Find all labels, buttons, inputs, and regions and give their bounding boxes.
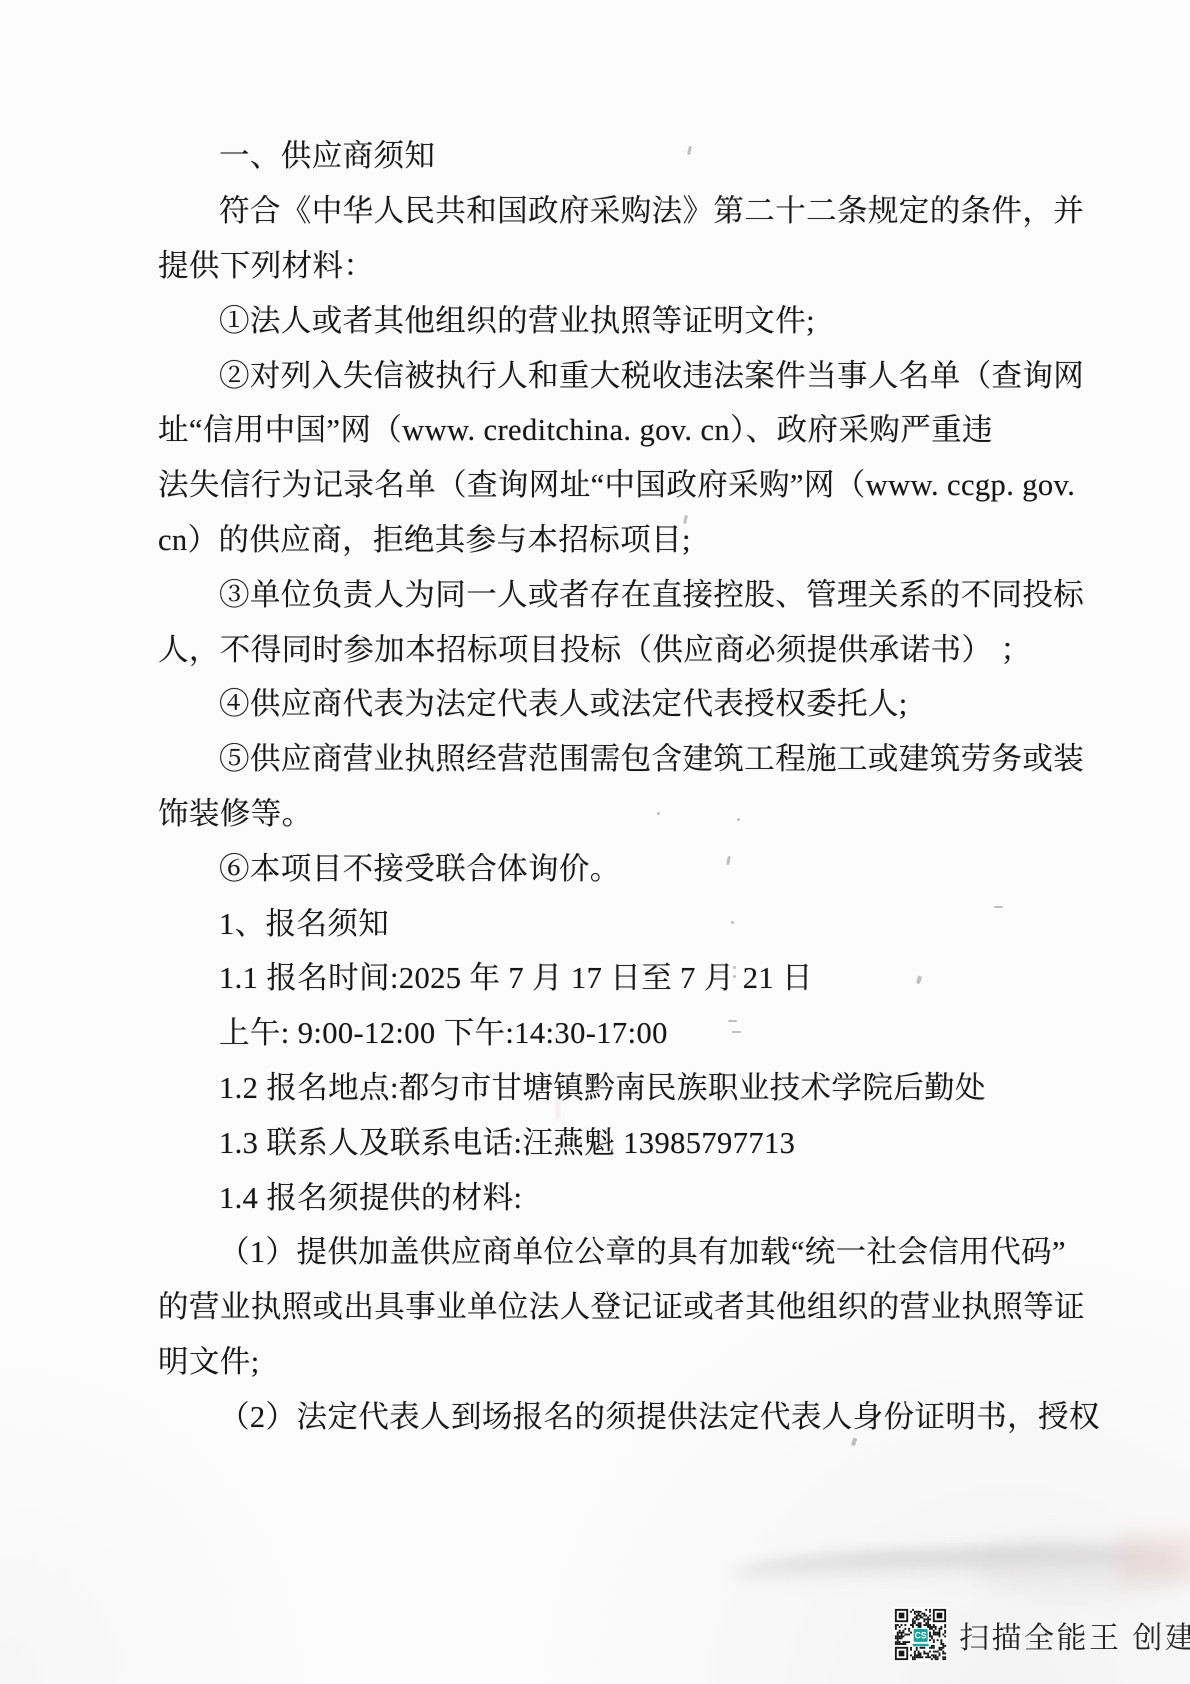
text-line: 的营业执照或出具事业单位法人登记证或者其他组织的营业执照等证 [158, 1277, 1058, 1332]
text-line: cn）的供应商，拒绝其参与本招标项目; [158, 510, 1058, 565]
text-line: ④供应商代表为法定代表人或法定代表授权委托人; [158, 674, 1058, 729]
text-line: 提供下列材料： [158, 236, 1058, 291]
subsection-heading: 1、报名须知 [158, 893, 1058, 948]
scan-artifact [733, 975, 736, 978]
text-line: 址“信用中国”网（www. creditchina. gov. cn）、政府采购… [158, 400, 1058, 455]
scan-shadow [1118, 1534, 1190, 1582]
text-line: 1.3 联系人及联系电话:汪燕魁 13985797713 [158, 1112, 1058, 1167]
text-line: ①法人或者其他组织的营业执照等证明文件; [158, 290, 1058, 345]
text-line: 1.2 报名地点:都匀市甘塘镇黔南民族职业技术学院后勤处 [158, 1058, 1058, 1113]
qr-code-icon: CS [893, 1607, 948, 1662]
text-line: ⑤供应商营业执照经营范围需包含建筑工程施工或建筑劳务或装 [158, 729, 1058, 784]
scan-artifact [737, 818, 740, 821]
scan-artifact [731, 921, 734, 924]
text-line: （2）法定代表人到场报名的须提供法定代表人身份证明书，授权 [158, 1386, 1058, 1441]
text-line: 1.4 报名须提供的材料: [158, 1167, 1058, 1222]
document-body: 一、供应商须知 符合《中华人民共和国政府采购法》第二十二条规定的条件，并 提供下… [158, 126, 1058, 1441]
watermark-label: 扫描全能王 创建 [959, 1613, 1190, 1657]
text-line: 饰装修等。 [158, 784, 1058, 839]
qr-badge-text: CS [915, 1631, 927, 1641]
text-line: 符合《中华人民共和国政府采购法》第二十二条规定的条件，并 [158, 181, 1058, 236]
text-line: 上午: 9:00-12:00 下午:14:30-17:00 [158, 1003, 1058, 1058]
text-line: 法失信行为记录名单（查询网址“中国政府采购”网（www. ccgp. gov. [158, 455, 1058, 510]
scanned-document-page: 一、供应商须知 符合《中华人民共和国政府采购法》第二十二条规定的条件，并 提供下… [0, 0, 1190, 1684]
text-line: （1）提供加盖供应商单位公章的具有加载“统一社会信用代码” [158, 1222, 1058, 1277]
text-line: ②对列入失信被执行人和重大税收违法案件当事人名单（查询网 [158, 345, 1058, 400]
text-line: ⑥本项目不接受联合体询价。 [158, 838, 1058, 893]
section-heading: 一、供应商须知 [158, 126, 1058, 181]
scan-artifact [657, 812, 660, 815]
text-line: 人，不得同时参加本招标项目投标（供应商必须提供承诺书） ； [158, 619, 1058, 674]
scan-artifact [728, 1020, 737, 1022]
scan-artifact [556, 1094, 560, 1120]
scan-artifact [851, 1438, 857, 1447]
scan-artifact [733, 966, 736, 969]
scan-artifact [994, 906, 1003, 908]
text-line: 1.1 报名时间:2025 年 7 月 17 日至 7 月 21 日 [158, 948, 1058, 1003]
text-line: ③单位负责人为同一人或者存在直接控股、管理关系的不同投标 [158, 564, 1058, 619]
camscanner-watermark: CS 扫描全能王 创建 [893, 1607, 1190, 1662]
scan-artifact [732, 1031, 741, 1033]
text-line: 明文件; [158, 1332, 1058, 1387]
